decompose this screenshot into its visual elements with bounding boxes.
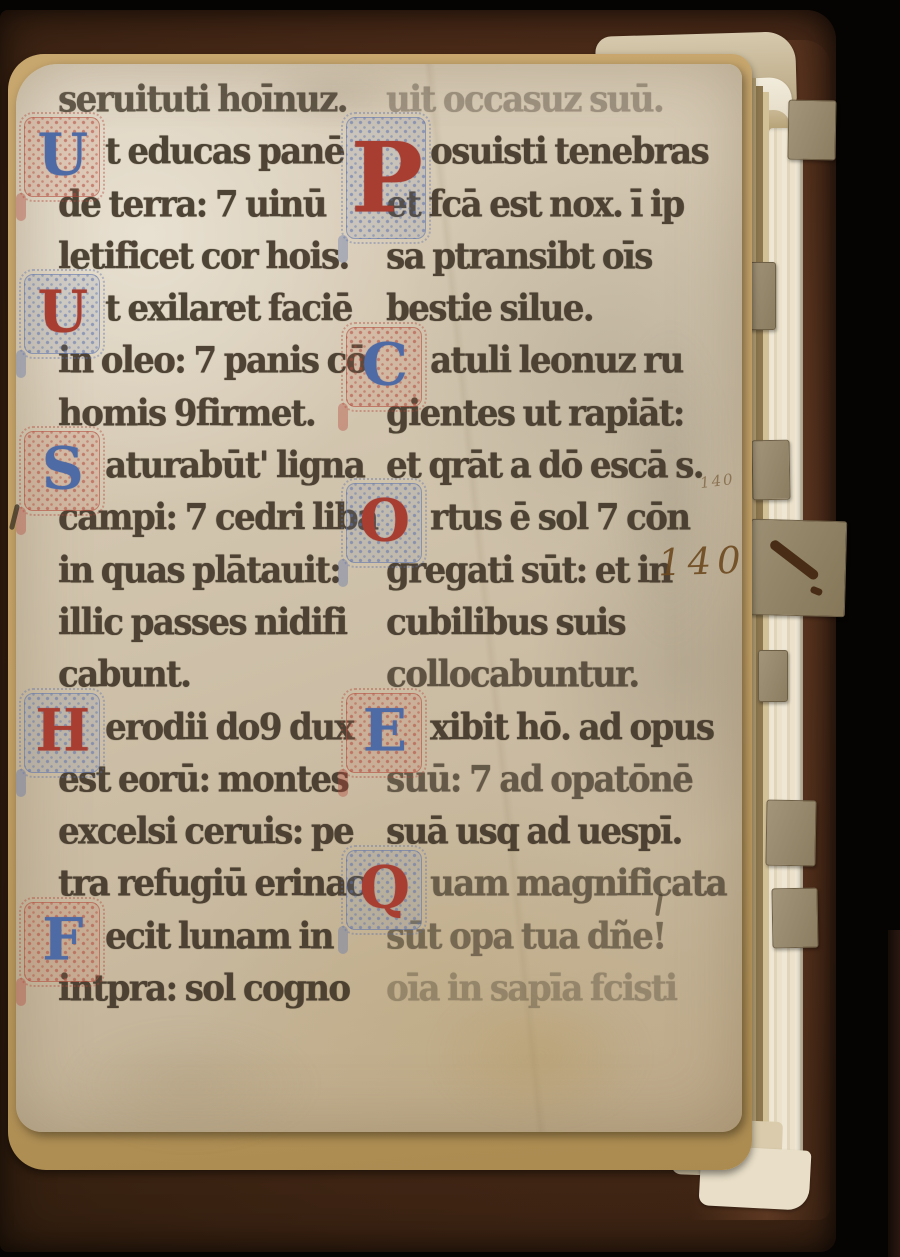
text-line: in oleo: 7 panis cō xyxy=(58,333,353,389)
text-line: intpra: sol cogno xyxy=(58,961,353,1017)
text-line: oīa in sapīa fcisti xyxy=(386,961,681,1017)
text-line: excelsi ceruis: pe xyxy=(58,804,353,860)
text-line: illic passes nidifi xyxy=(58,595,353,651)
initial-letter: C xyxy=(346,330,422,398)
text-line: erodii do9 dux xyxy=(58,700,353,756)
initial-letter: F xyxy=(24,905,100,973)
text-line: homis 9firmet. xyxy=(58,386,353,442)
text-line: est eorū: montes xyxy=(58,752,353,808)
text-line: atuli leonuz ru xyxy=(386,333,681,389)
text-line: xibit hō. ad opus xyxy=(386,700,681,756)
text-line: de terra: 7 uinū xyxy=(58,177,353,233)
illuminated-initial-U: U xyxy=(24,117,100,197)
fore-edge-tab xyxy=(751,440,790,501)
illuminated-initial-U: U xyxy=(24,274,100,354)
text-line: collocabuntur. xyxy=(386,647,681,703)
text-column-right: uit occasuz suū.osuisti tenebrasPet fcā … xyxy=(386,72,681,1013)
text-line: campi: 7 cedri liba xyxy=(58,490,353,546)
text-line: in quas plātauit: xyxy=(58,543,353,599)
text-line: suū: 7 ad opatōnē xyxy=(386,752,681,808)
text-column-left: seruituti hoīnuz.t educas panēUde terra:… xyxy=(58,72,353,1013)
text-line: t educas panē xyxy=(58,124,353,180)
text-line: sūt opa tua dñe! xyxy=(386,909,681,965)
folio-number: 140 xyxy=(657,538,747,584)
text-line: suā usq ad uespī. xyxy=(386,804,681,860)
text-line: sa ptransibt oīs xyxy=(386,229,681,285)
text-line: uam magnificata xyxy=(386,856,681,912)
tab-ink-mark xyxy=(768,538,820,581)
text-line: letificet cor hois. xyxy=(58,229,353,285)
tab-ink-mark xyxy=(810,586,824,597)
initial-letter: P xyxy=(346,122,426,235)
illuminated-initial-S: S xyxy=(24,431,100,511)
fore-edge-tab xyxy=(765,800,816,867)
fore-edge-tab xyxy=(771,888,818,949)
text-line: uit occasuz suū. xyxy=(386,72,681,128)
illuminated-initial-O: O xyxy=(346,483,422,563)
text-line: aturabūt' ligna xyxy=(58,438,353,494)
fore-edge-strip xyxy=(756,86,763,1172)
illuminated-initial-P: P xyxy=(346,117,426,239)
text-line: et fcā est nox. ī ip xyxy=(386,177,681,233)
background-edge xyxy=(888,930,900,1257)
text-line: bestie silue. xyxy=(386,281,681,337)
illuminated-initial-H: H xyxy=(24,693,100,773)
illuminated-initial-E: E xyxy=(346,693,422,773)
text-line: osuisti tenebras xyxy=(386,124,681,180)
fore-edge-tab-marked xyxy=(749,519,847,617)
illuminated-initial-Q: Q xyxy=(346,850,422,930)
illuminated-initial-C: C xyxy=(346,327,422,407)
text-line: et qrāt a dō escā s. xyxy=(386,438,681,494)
parchment-stain xyxy=(60,1020,320,1150)
fore-edge-tab xyxy=(758,650,788,702)
text-line: ecit lunam in xyxy=(58,909,353,965)
text-line: t exilaret faciē xyxy=(58,281,353,337)
text-line: seruituti hoīnuz. xyxy=(58,72,353,128)
initial-letter: Q xyxy=(346,853,422,921)
initial-letter: E xyxy=(346,696,422,764)
text-line: cabunt. xyxy=(58,647,353,703)
initial-letter: S xyxy=(24,434,100,502)
initial-letter: H xyxy=(24,696,100,764)
text-line: tra refugiū erinac xyxy=(58,856,353,912)
text-line: gregati sūt: et in xyxy=(386,543,681,599)
initial-letter: U xyxy=(24,277,100,345)
fore-edge-tab xyxy=(787,100,836,161)
manuscript-photo: { "artifact": { "description": "Medieval… xyxy=(0,0,900,1257)
illuminated-initial-F: F xyxy=(24,902,100,982)
initial-letter: O xyxy=(346,487,422,555)
text-line: cubilibus suis xyxy=(386,595,681,651)
text-line: rtus ē sol 7 cōn xyxy=(386,490,681,546)
text-line: gientes ut rapiāt: xyxy=(386,386,681,442)
initial-letter: U xyxy=(24,121,100,189)
